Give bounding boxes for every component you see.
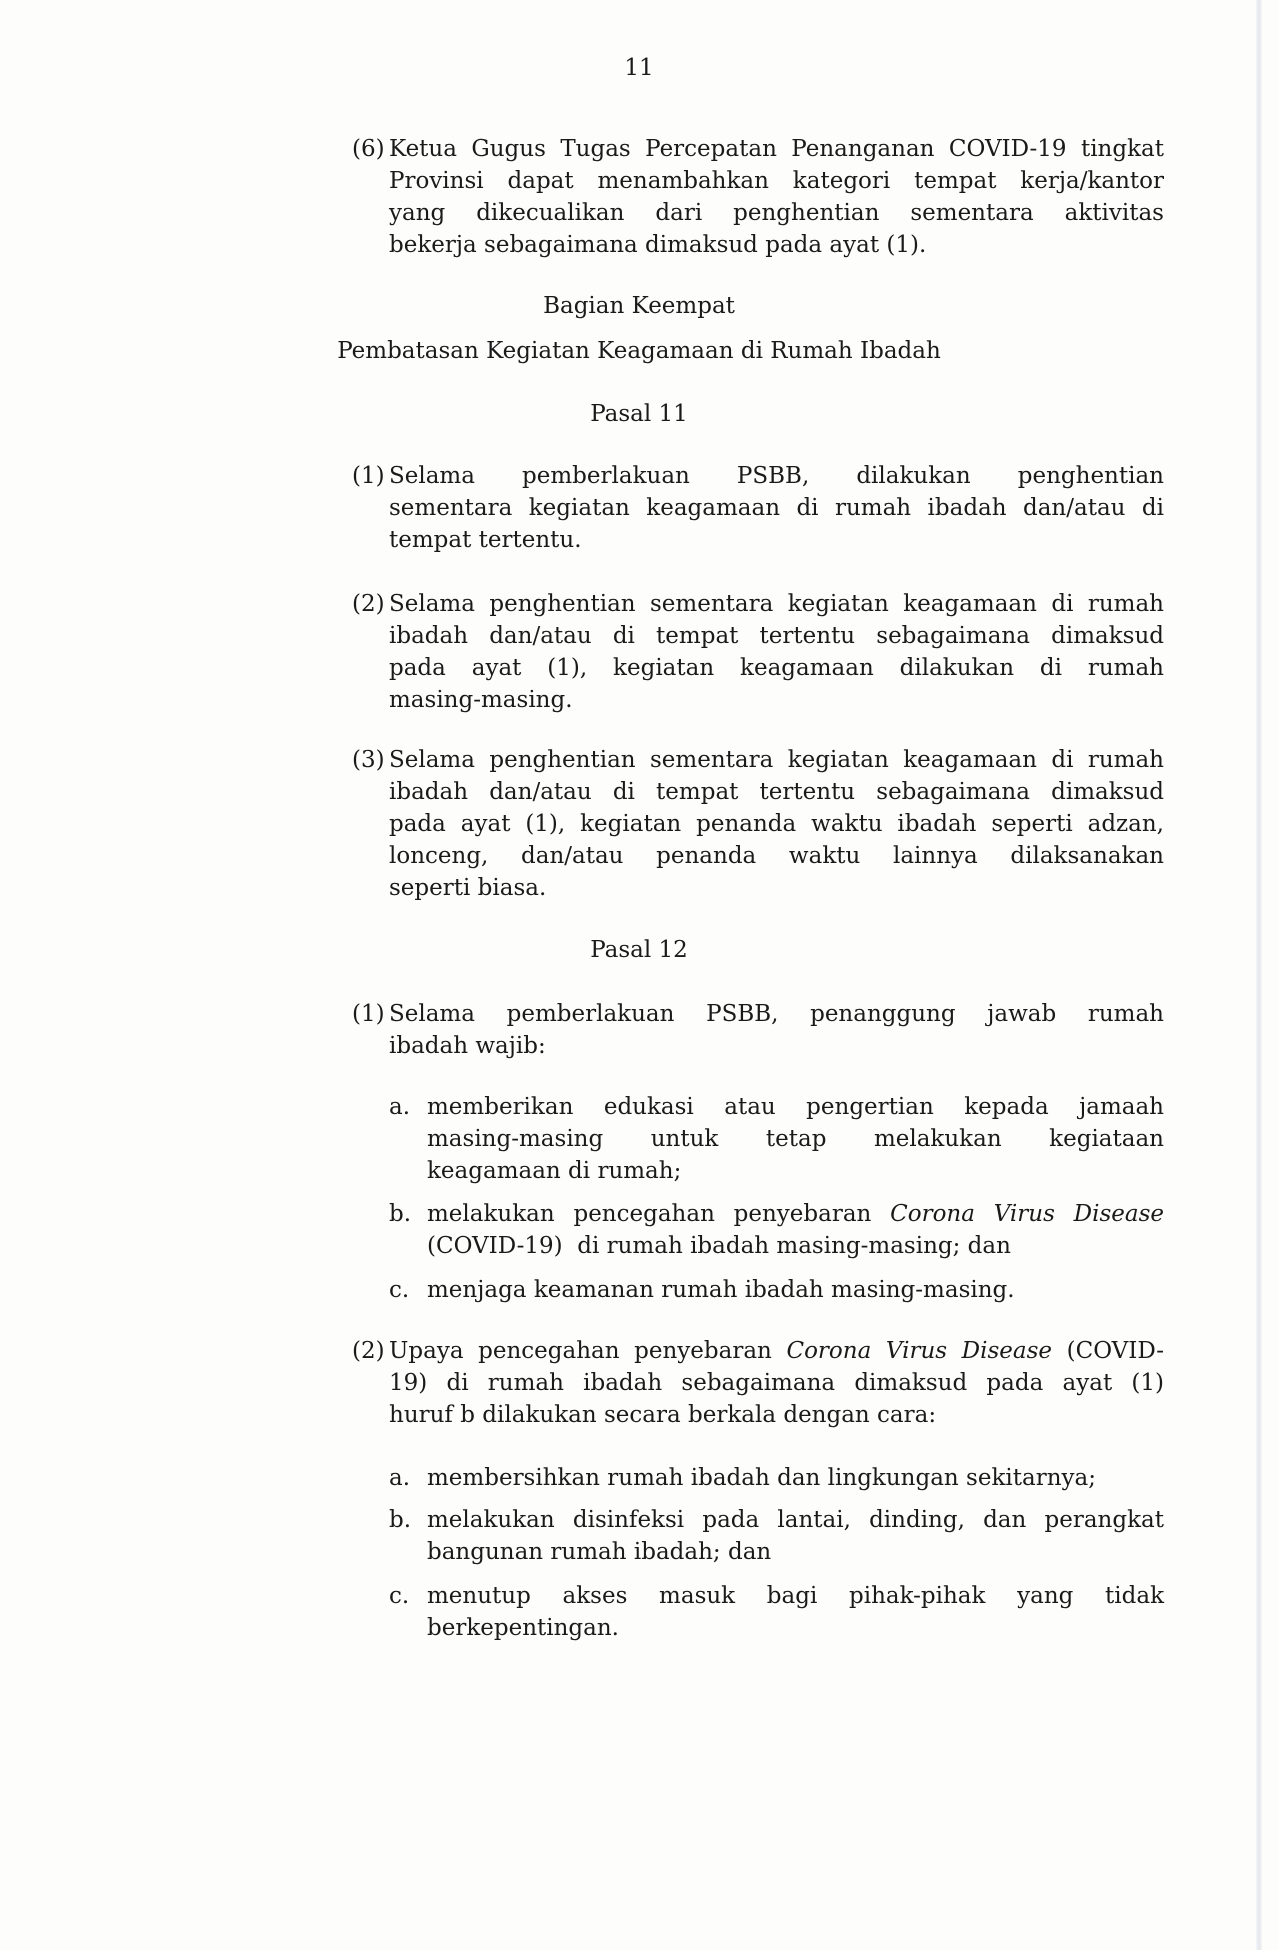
ayat-number: (1) (352, 998, 385, 1030)
text-line: Selama pemberlakuan PSBB, penanggung jaw… (389, 998, 1164, 1030)
pasal-11-ayat-1: (1) Selama pemberlakuan PSBB, dilakukan … (352, 460, 1164, 556)
text-line: pada ayat (1), kegiatan penanda waktu ib… (389, 808, 1164, 840)
text-line: pada ayat (1), kegiatan keagamaan dilaku… (389, 652, 1164, 684)
item-label: b. (389, 1198, 411, 1230)
page-number: 11 (0, 52, 1278, 84)
item-label: c. (389, 1580, 409, 1612)
italic-term: Corona Virus Disease (890, 1201, 1164, 1227)
pasal-11-heading: Pasal 11 (0, 398, 1278, 430)
italic-term: Corona Virus Disease (786, 1338, 1052, 1364)
text-line: Ketua Gugus Tugas Percepatan Penanganan … (389, 133, 1164, 165)
text-line: (COVID-19) di rumah ibadah masing-masing… (427, 1230, 1164, 1262)
pasal-12-ayat-2-item-c: c. menutup akses masuk bagi pihak-pihak … (389, 1580, 1164, 1644)
pasal-12-ayat-2-item-b: b. melakukan disinfeksi pada lantai, din… (389, 1504, 1164, 1568)
ayat-number: (2) (352, 588, 385, 620)
text-line: ibadah dan/atau di tempat tertentu sebag… (389, 620, 1164, 652)
document-page: 11 (6) Ketua Gugus Tugas Percepatan Pena… (0, 0, 1278, 1950)
item-label: b. (389, 1504, 411, 1536)
item-label: a. (389, 1091, 410, 1123)
text-segment: melakukan pencegahan penyebaran (427, 1201, 890, 1227)
text-line: berkepentingan. (427, 1612, 1164, 1644)
text-line: membersihkan rumah ibadah dan lingkungan… (427, 1462, 1164, 1494)
section-subtitle: Pembatasan Kegiatan Keagamaan di Rumah I… (0, 335, 1278, 367)
text-line: masing-masing untuk tetap melakukan kegi… (427, 1123, 1164, 1155)
text-line: Upaya pencegahan penyebaran Corona Virus… (389, 1335, 1164, 1367)
ayat-number: (3) (352, 744, 385, 776)
ayat-number: (2) (352, 1335, 385, 1367)
text-line: Selama pemberlakuan PSBB, dilakukan peng… (389, 460, 1164, 492)
item-label: c. (389, 1274, 409, 1306)
text-line: melakukan disinfeksi pada lantai, dindin… (427, 1504, 1164, 1536)
pasal-11-ayat-2: (2) Selama penghentian sementara kegiata… (352, 588, 1164, 716)
text-line: menutup akses masuk bagi pihak-pihak yan… (427, 1580, 1164, 1612)
text-line: yang dikecualikan dari penghentian semen… (389, 197, 1164, 229)
text-line: lonceng, dan/atau penanda waktu lainnya … (389, 840, 1164, 872)
item-label: a. (389, 1462, 410, 1494)
text-line: Selama penghentian sementara kegiatan ke… (389, 744, 1164, 776)
text-line: bangunan rumah ibadah; dan (427, 1536, 1164, 1568)
text-line: 19) di rumah ibadah sebagaimana dimaksud… (389, 1367, 1164, 1399)
ayat-number: (1) (352, 460, 385, 492)
text-line: memberikan edukasi atau pengertian kepad… (427, 1091, 1164, 1123)
pasal-12-ayat-1-item-a: a. memberikan edukasi atau pengertian ke… (389, 1091, 1164, 1187)
text-line: menjaga keamanan rumah ibadah masing-mas… (427, 1274, 1164, 1306)
text-line: masing-masing. (389, 684, 1164, 716)
text-line: Selama penghentian sementara kegiatan ke… (389, 588, 1164, 620)
ayat-6: (6) Ketua Gugus Tugas Percepatan Penanga… (352, 133, 1164, 261)
text-line: bekerja sebagaimana dimaksud pada ayat (… (389, 229, 1164, 261)
text-segment: Upaya pencegahan penyebaran (389, 1338, 786, 1364)
text-line: sementara kegiatan keagamaan di rumah ib… (389, 492, 1164, 524)
text-line: keagamaan di rumah; (427, 1155, 1164, 1187)
text-line: Provinsi dapat menambahkan kategori temp… (389, 165, 1164, 197)
text-line: huruf b dilakukan secara berkala dengan … (389, 1399, 1164, 1431)
pasal-12-ayat-1-item-b: b. melakukan pencegahan penyebaran Coron… (389, 1198, 1164, 1262)
text-line: ibadah dan/atau di tempat tertentu sebag… (389, 776, 1164, 808)
ayat-number: (6) (352, 133, 385, 165)
text-line: melakukan pencegahan penyebaran Corona V… (427, 1198, 1164, 1230)
pasal-12-ayat-2: (2) Upaya pencegahan penyebaran Corona V… (352, 1335, 1164, 1431)
pasal-12-heading: Pasal 12 (0, 934, 1278, 966)
pasal-12-ayat-1: (1) Selama pemberlakuan PSBB, penanggung… (352, 998, 1164, 1062)
text-line: ibadah wajib: (389, 1030, 1164, 1062)
text-line: tempat tertentu. (389, 524, 1164, 556)
pasal-12-ayat-2-item-a: a. membersihkan rumah ibadah dan lingkun… (389, 1462, 1164, 1494)
pasal-12-ayat-1-item-c: c. menjaga keamanan rumah ibadah masing-… (389, 1274, 1164, 1306)
text-line: seperti biasa. (389, 872, 1164, 904)
section-heading: Bagian Keempat (0, 290, 1278, 322)
pasal-11-ayat-3: (3) Selama penghentian sementara kegiata… (352, 744, 1164, 904)
text-segment: (COVID- (1052, 1338, 1164, 1364)
